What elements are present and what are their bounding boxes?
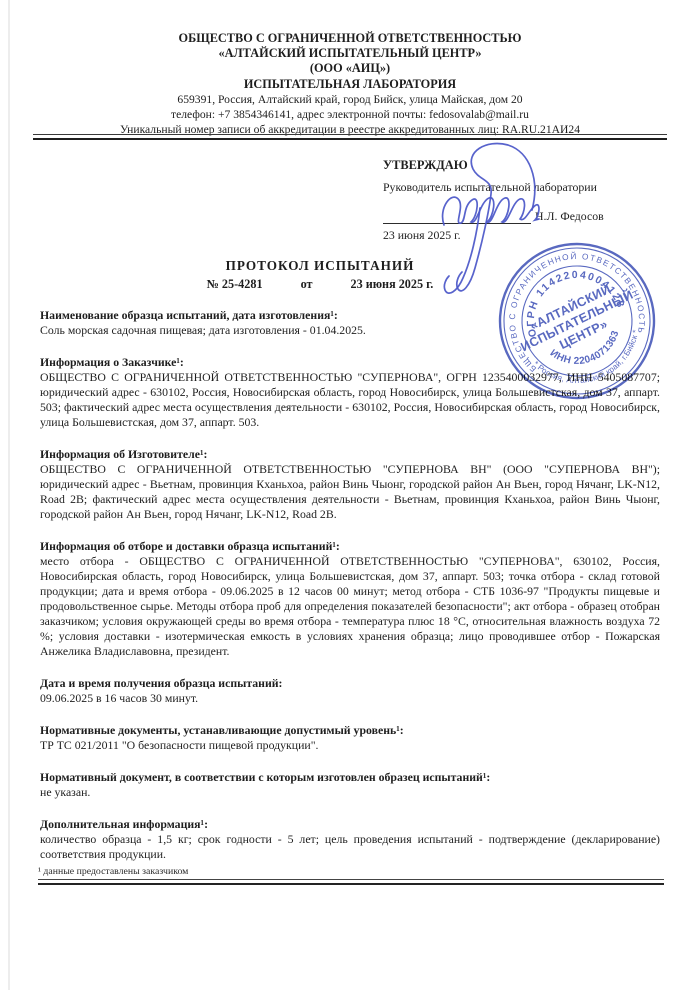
section-body: 09.06.2025 в 16 часов 30 минут. bbox=[40, 691, 660, 706]
footer-rule bbox=[38, 879, 664, 885]
section-body: не указан. bbox=[40, 785, 660, 800]
org-short-name: (ООО «АИЦ») bbox=[0, 61, 700, 76]
section-heading: Дата и время получения образца испытаний… bbox=[40, 676, 660, 691]
footnote-text: ¹ данные предоставлены заказчиком bbox=[38, 866, 664, 877]
section-additional-info: Дополнительная информация¹: количество о… bbox=[40, 817, 660, 862]
header-rule bbox=[33, 134, 667, 140]
protocol-date: 23 июня 2025 г. bbox=[350, 277, 433, 292]
approve-label: УТВЕРЖДАЮ bbox=[383, 158, 663, 173]
section-body: ОБЩЕСТВО С ОГРАНИЧЕННОЙ ОТВЕТСТВЕННОСТЬЮ… bbox=[40, 462, 660, 522]
org-name-line2: «АЛТАЙСКИЙ ИСПЫТАТЕЛЬНЫЙ ЦЕНТР» bbox=[0, 46, 700, 61]
org-name-line1: ОБЩЕСТВО С ОГРАНИЧЕННОЙ ОТВЕТСТВЕННОСТЬЮ bbox=[0, 31, 700, 46]
section-body: ТР ТС 021/2011 "О безопасности пищевой п… bbox=[40, 738, 660, 753]
org-contacts: телефон: +7 3854346141, адрес электронно… bbox=[0, 107, 700, 122]
approver-role: Руководитель испытательной лаборатории bbox=[383, 180, 663, 195]
section-body: место отбора - ОБЩЕСТВО С ОГРАНИЧЕННОЙ О… bbox=[40, 554, 660, 659]
section-sampling-info: Информация об отборе и доставки образца … bbox=[40, 539, 660, 659]
section-heading: Нормативный документ, в соответствии с к… bbox=[40, 770, 660, 785]
section-heading: Нормативные документы, устанавливающие д… bbox=[40, 723, 660, 738]
approver-name: Н.Л. Федосов bbox=[535, 209, 604, 224]
section-heading: Дополнительная информация¹: bbox=[40, 817, 660, 832]
protocol-of-label: от bbox=[301, 277, 313, 292]
section-receipt-datetime: Дата и время получения образца испытаний… bbox=[40, 676, 660, 706]
section-normative-doc-manufacture: Нормативный документ, в соответствии с к… bbox=[40, 770, 660, 800]
protocol-number: № 25-4281 bbox=[207, 277, 263, 292]
section-heading: Информация об Изготовителе¹: bbox=[40, 447, 660, 462]
section-body: количество образца - 1,5 кг; срок годнос… bbox=[40, 832, 660, 862]
signature-line bbox=[383, 210, 531, 224]
lab-name: ИСПЫТАТЕЛЬНАЯ ЛАБОРАТОРИЯ bbox=[0, 77, 700, 92]
section-normative-docs-level: Нормативные документы, устанавливающие д… bbox=[40, 723, 660, 753]
footnote-block: ¹ данные предоставлены заказчиком bbox=[38, 866, 664, 885]
section-heading: Информация об отборе и доставки образца … bbox=[40, 539, 660, 554]
protocol-document-page: ОБЩЕСТВО С ОГРАНИЧЕННОЙ ОТВЕТСТВЕННОСТЬЮ… bbox=[0, 0, 700, 990]
org-address: 659391, Россия, Алтайский край, город Би… bbox=[0, 92, 700, 107]
section-manufacturer-info: Информация об Изготовителе¹: ОБЩЕСТВО С … bbox=[40, 447, 660, 522]
letterhead: ОБЩЕСТВО С ОГРАНИЧЕННОЙ ОТВЕТСТВЕННОСТЬЮ… bbox=[0, 31, 700, 137]
scan-edge-artifact bbox=[8, 0, 10, 990]
